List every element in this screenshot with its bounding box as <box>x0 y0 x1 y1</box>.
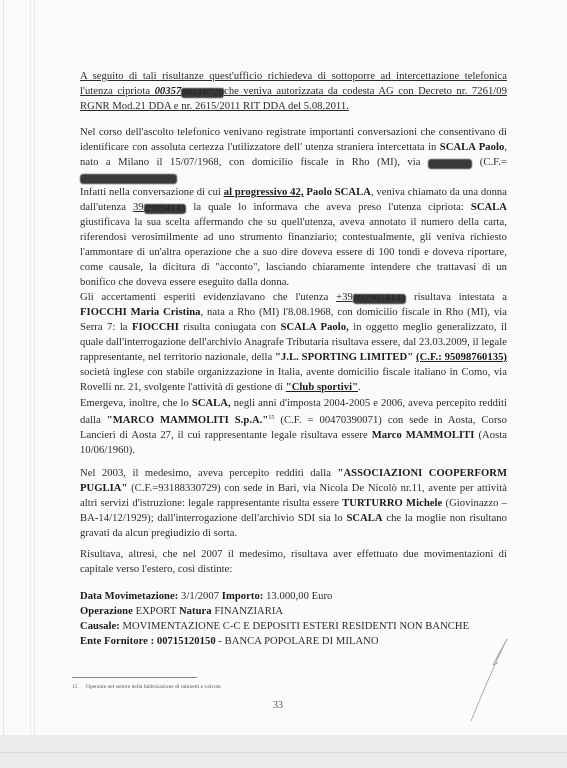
value: 3/1/2007 <box>178 591 221 602</box>
footnote-divider <box>72 677 197 678</box>
person-name: SCALA Paolo, <box>281 322 349 333</box>
text: risulta coniugata con <box>179 322 281 333</box>
text: la quale lo informava che aveva preso l'… <box>186 202 470 213</box>
label: Causale: <box>80 621 120 632</box>
paragraph-capital-movements: Risultava, altresì, che nel 2007 il mede… <box>80 547 507 577</box>
redacted-address: Zucca 6/B <box>428 159 472 169</box>
value: - BANCA POPOLARE DI MILANO <box>216 636 379 647</box>
person-name: FIOCCHI <box>132 322 179 333</box>
transaction-date-row: Data Movimetazione: 3/1/2007 Importo: 13… <box>80 589 507 604</box>
value: 13.000,00 Euro <box>263 591 332 602</box>
person-name: Paolo SCALA <box>304 187 371 198</box>
handwritten-mark-icon <box>465 625 525 725</box>
text: Infatti nella conversazione di cui <box>80 187 224 198</box>
document-page: A seguito di tali risultanze quest'uffic… <box>0 0 567 752</box>
transaction-details: Data Movimetazione: 3/1/2007 Importo: 13… <box>80 589 507 649</box>
label: Ente Fornitore : 00715120150 <box>80 636 216 647</box>
person-name: SCALA, <box>192 398 231 409</box>
redacted-phone: 3929054141 <box>353 294 406 304</box>
person-name: FIOCCHI Maria Cristina <box>80 307 201 318</box>
transaction-operation-row: Operazione EXPORT Natura FINANZIARIA <box>80 604 507 619</box>
scan-edge-line <box>3 0 4 752</box>
redacted-phone: 96516720 <box>181 88 224 98</box>
paragraph-2003-income: Nel 2003, il medesimo, aveva percepito r… <box>80 466 507 541</box>
value: MOVIMENTAZIONE C-C E DEPOSITI ESTERI RES… <box>120 621 469 632</box>
label: Natura <box>179 606 212 617</box>
text: Gli accertamenti esperiti evidenziavano … <box>80 292 336 303</box>
tax-code: (C.F.: 95098760135) <box>416 352 507 363</box>
phone-prefix: 39 <box>133 202 144 213</box>
value: EXPORT <box>133 606 179 617</box>
phone-prefix: +39 <box>336 292 353 303</box>
transaction-reason-row: Causale: MOVIMENTAZIONE C-C E DEPOSITI E… <box>80 619 507 634</box>
footnote-text: Operante nel settore della fabbricazione… <box>86 684 222 690</box>
text: Emergeva, inoltre, che lo <box>80 398 192 409</box>
scan-edge-line <box>34 0 35 752</box>
company-name: "J.L. SPORTING LIMITED" <box>275 352 413 363</box>
page-number: 33 <box>273 700 283 711</box>
paragraph-income: Emergeva, inoltre, che lo SCALA, negli a… <box>80 396 507 458</box>
label: Importo: <box>222 591 264 602</box>
label: Data Movimetazione: <box>80 591 178 602</box>
text: . <box>358 382 361 393</box>
text: risultava intestata a <box>406 292 507 303</box>
person-name: SCALA <box>346 513 382 524</box>
redacted-tax-code: SCLPLA68L15F205K <box>80 174 177 184</box>
progressive-reference: al progressivo 42, <box>224 187 304 198</box>
paragraph-identification: Nel corso dell'ascolto telefonico veniva… <box>80 125 507 185</box>
scan-edge-line <box>30 0 31 752</box>
person-name: TURTURRO Michele <box>342 498 442 509</box>
phone-number: 00357 <box>155 86 182 97</box>
footnote: 15Operante nel settore della fabbricazio… <box>72 684 222 690</box>
text: (C.F.= <box>472 157 507 168</box>
activity-name: "Club sportivi" <box>286 382 358 393</box>
scan-edge-line <box>0 752 567 753</box>
footnote-mark: 15 <box>72 684 86 690</box>
transaction-provider-row: Ente Fornitore : 00715120150 - BANCA POP… <box>80 634 507 649</box>
person-name: Marco MAMMOLITI <box>372 430 475 441</box>
company-name: "MARCO MAMMOLITI S.p.A." <box>107 415 269 426</box>
value: FINANZIARIA <box>212 606 284 617</box>
text: Risultava, altresì, che nel 2007 il mede… <box>80 549 507 575</box>
paragraph-conversation: Infatti nella conversazione di cui al pr… <box>80 185 507 290</box>
redacted-phone: 29054141 <box>144 204 187 214</box>
person-name: SCALA <box>471 202 507 213</box>
label: Operazione <box>80 606 133 617</box>
text: Nel 2003, il medesimo, aveva percepito r… <box>80 468 338 479</box>
person-name: SCALA Paolo <box>440 142 505 153</box>
paragraph-investigation: Gli accertamenti esperiti evidenziavano … <box>80 290 507 395</box>
text: giustificava la sua scelta affermando ch… <box>80 217 507 288</box>
paragraph-intercept-request: A seguito di tali risultanze quest'uffic… <box>80 69 507 114</box>
